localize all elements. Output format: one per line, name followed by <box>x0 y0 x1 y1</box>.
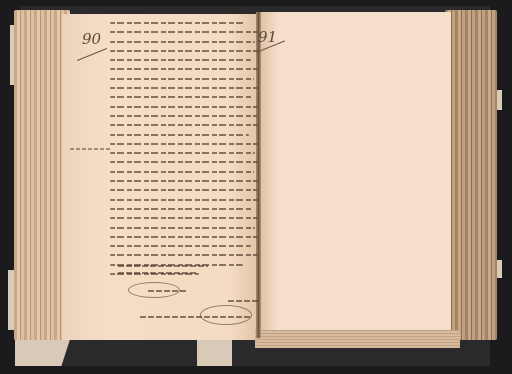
closing-line <box>118 265 208 267</box>
right-page <box>259 12 451 334</box>
page-edges-right <box>445 10 497 340</box>
spine-tab <box>197 338 232 366</box>
closing-line-2 <box>118 272 198 274</box>
handwritten-text <box>110 22 258 282</box>
signature-flourish-2 <box>200 305 252 325</box>
signature-annotation <box>228 300 258 302</box>
margin-note <box>70 148 110 150</box>
folio-number-left: 90 <box>82 30 101 48</box>
signature-1 <box>148 290 186 292</box>
manuscript-photo: 90 91 <box>0 0 512 374</box>
signature-2 <box>140 316 250 318</box>
page-stack-bottom <box>255 330 460 348</box>
